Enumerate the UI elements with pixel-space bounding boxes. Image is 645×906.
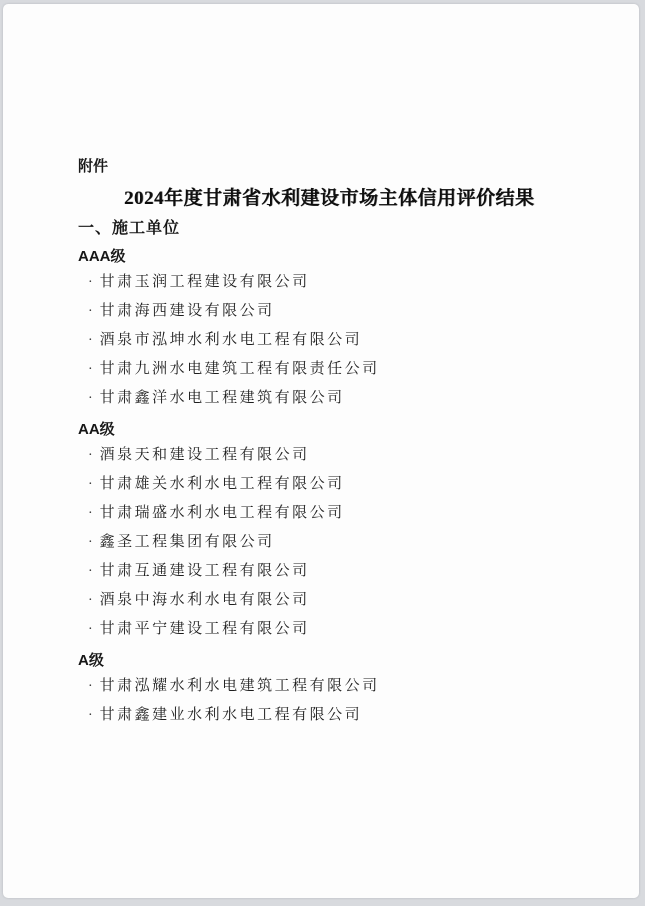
document-page: 附件 2024年度甘肃省水利建设市场主体信用评价结果 一、施工单位 AAA级 ·…: [3, 4, 639, 898]
bullet-dot: ·: [88, 701, 93, 730]
bullet-dot: ·: [88, 586, 93, 615]
company-list: · 酒泉天和建设工程有限公司 · 甘肃雄关水利水电工程有限公司 · 甘肃瑞盛水利…: [78, 441, 599, 644]
company-name: 酒泉中海水利水电有限公司: [100, 586, 310, 615]
bullet-dot: ·: [88, 384, 93, 413]
company-name: 甘肃泓耀水利水电建筑工程有限公司: [100, 672, 380, 701]
grade-heading: AAA级: [78, 246, 599, 268]
grade-group: A级 · 甘肃泓耀水利水电建筑工程有限公司 · 甘肃鑫建业水利水电工程有限公司: [78, 650, 599, 730]
document-content: 附件 2024年度甘肃省水利建设市场主体信用评价结果 一、施工单位 AAA级 ·…: [3, 4, 639, 730]
grade-groups: AAA级 · 甘肃玉润工程建设有限公司 · 甘肃海西建设有限公司 · 酒泉市泓坤…: [78, 246, 599, 730]
company-list-item: · 酒泉中海水利水电有限公司: [78, 586, 599, 615]
company-name: 甘肃玉润工程建设有限公司: [100, 268, 310, 297]
grade-group: AA级 · 酒泉天和建设工程有限公司 · 甘肃雄关水利水电工程有限公司 · 甘肃…: [78, 419, 599, 644]
company-list: · 甘肃泓耀水利水电建筑工程有限公司 · 甘肃鑫建业水利水电工程有限公司: [78, 672, 599, 730]
company-name: 酒泉天和建设工程有限公司: [100, 441, 310, 470]
company-name: 甘肃平宁建设工程有限公司: [100, 615, 310, 644]
bullet-dot: ·: [88, 499, 93, 528]
company-name: 甘肃九洲水电建筑工程有限责任公司: [100, 355, 380, 384]
company-list-item: · 甘肃瑞盛水利水电工程有限公司: [78, 499, 599, 528]
scanned-page-frame: 附件 2024年度甘肃省水利建设市场主体信用评价结果 一、施工单位 AAA级 ·…: [0, 0, 645, 906]
document-title: 2024年度甘肃省水利建设市场主体信用评价结果: [124, 186, 599, 211]
company-list-item: · 甘肃雄关水利水电工程有限公司: [78, 470, 599, 499]
company-list-item: · 甘肃鑫洋水电工程建筑有限公司: [78, 384, 599, 413]
bullet-dot: ·: [88, 470, 93, 499]
company-name: 酒泉市泓坤水利水电工程有限公司: [100, 326, 363, 355]
bullet-dot: ·: [88, 615, 93, 644]
company-name: 鑫圣工程集团有限公司: [100, 528, 275, 557]
bullet-dot: ·: [88, 441, 93, 470]
bullet-dot: ·: [88, 268, 93, 297]
company-list-item: · 甘肃互通建设工程有限公司: [78, 557, 599, 586]
company-list-item: · 酒泉天和建设工程有限公司: [78, 441, 599, 470]
company-list-item: · 甘肃九洲水电建筑工程有限责任公司: [78, 355, 599, 384]
attachment-label: 附件: [78, 156, 599, 178]
bullet-dot: ·: [88, 528, 93, 557]
company-name: 甘肃互通建设工程有限公司: [100, 557, 310, 586]
company-name: 甘肃雄关水利水电工程有限公司: [100, 470, 345, 499]
company-list-item: · 甘肃平宁建设工程有限公司: [78, 615, 599, 644]
bullet-dot: ·: [88, 557, 93, 586]
company-list-item: · 甘肃泓耀水利水电建筑工程有限公司: [78, 672, 599, 701]
company-list: · 甘肃玉润工程建设有限公司 · 甘肃海西建设有限公司 · 酒泉市泓坤水利水电工…: [78, 268, 599, 413]
company-list-item: · 酒泉市泓坤水利水电工程有限公司: [78, 326, 599, 355]
company-list-item: · 甘肃鑫建业水利水电工程有限公司: [78, 701, 599, 730]
company-name: 甘肃鑫洋水电工程建筑有限公司: [100, 384, 345, 413]
grade-heading: A级: [78, 650, 599, 672]
bullet-dot: ·: [88, 297, 93, 326]
bullet-dot: ·: [88, 326, 93, 355]
company-list-item: · 鑫圣工程集团有限公司: [78, 528, 599, 557]
grade-heading: AA级: [78, 419, 599, 441]
company-name: 甘肃瑞盛水利水电工程有限公司: [100, 499, 345, 528]
company-name: 甘肃鑫建业水利水电工程有限公司: [100, 701, 363, 730]
bullet-dot: ·: [88, 672, 93, 701]
company-name: 甘肃海西建设有限公司: [100, 297, 275, 326]
company-list-item: · 甘肃玉润工程建设有限公司: [78, 268, 599, 297]
grade-group: AAA级 · 甘肃玉润工程建设有限公司 · 甘肃海西建设有限公司 · 酒泉市泓坤…: [78, 246, 599, 413]
section-heading: 一、施工单位: [78, 218, 599, 240]
company-list-item: · 甘肃海西建设有限公司: [78, 297, 599, 326]
bullet-dot: ·: [88, 355, 93, 384]
